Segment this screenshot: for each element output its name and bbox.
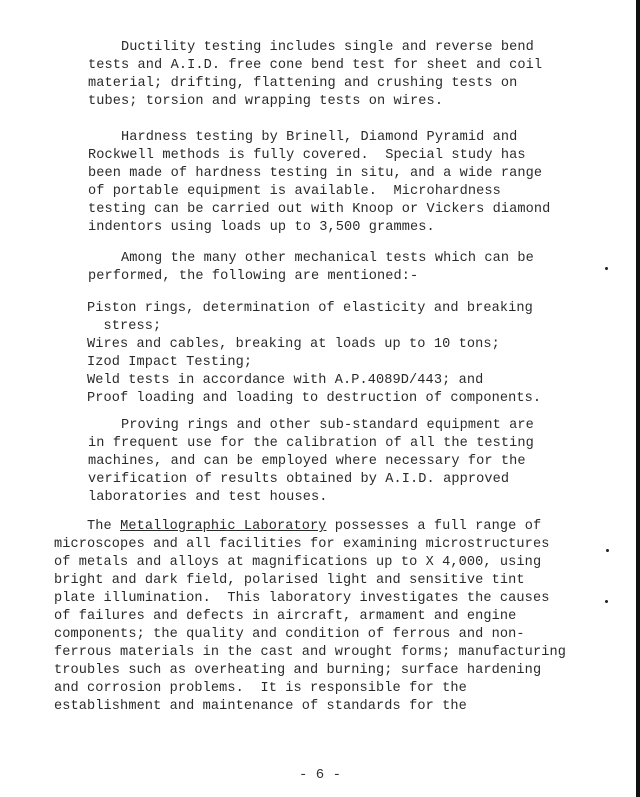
page-edge-shadow <box>636 0 640 797</box>
paragraph-line: performed, the following are mentioned:- <box>88 268 418 285</box>
paragraph-line: microscopes and all facilities for exami… <box>54 536 549 553</box>
list-item-line: Piston rings, determination of elasticit… <box>87 300 533 317</box>
paragraph-line: material; drifting, flattening and crush… <box>88 75 517 92</box>
paragraph-line: plate illumination. This laboratory inve… <box>54 590 549 607</box>
paragraph-line: laboratories and test houses. <box>88 489 327 506</box>
paragraph-line: indentors using loads up to 3,500 gramme… <box>88 219 435 236</box>
paragraph-line: components; the quality and condition of… <box>54 626 525 643</box>
margin-mark <box>605 600 608 603</box>
paragraph-line: Among the many other mechanical tests wh… <box>88 250 534 267</box>
paragraph-line: of metals and alloys at magnifications u… <box>54 554 541 571</box>
list-item-line: Wires and cables, breaking at loads up t… <box>87 336 500 353</box>
paragraph-line: and corrosion problems. It is responsibl… <box>54 680 467 697</box>
text-span: possesses a full range of <box>327 519 542 534</box>
margin-mark <box>605 267 608 270</box>
paragraph-line: of portable equipment is available. Micr… <box>88 183 501 200</box>
document-page: - 6 - Ductility testing includes single … <box>0 0 640 797</box>
paragraph-line: in frequent use for the calibration of a… <box>88 435 534 452</box>
paragraph-line: ferrous materials in the cast and wrough… <box>54 644 566 661</box>
paragraph-line: of failures and defects in aircraft, arm… <box>54 608 516 625</box>
page-number: - 6 - <box>0 767 640 783</box>
paragraph-line: tests and A.I.D. free cone bend test for… <box>88 57 542 74</box>
paragraph-line: establishment and maintenance of standar… <box>54 698 467 715</box>
list-item-line: Weld tests in accordance with A.P.4089D/… <box>87 372 483 389</box>
paragraph-line: been made of hardness testing in situ, a… <box>88 165 542 182</box>
paragraph-line: troubles such as overheating and burning… <box>54 662 541 679</box>
paragraph-line: verification of results obtained by A.I.… <box>88 471 509 488</box>
text-span: The <box>54 519 120 534</box>
paragraph-line: bright and dark field, polarised light a… <box>54 572 525 589</box>
paragraph-line: machines, and can be employed where nece… <box>88 453 526 470</box>
paragraph-line: Proving rings and other sub-standard equ… <box>88 417 534 434</box>
paragraph-line: Ductility testing includes single and re… <box>88 39 534 56</box>
section-heading: Metallographic Laboratory <box>120 519 326 534</box>
paragraph-line: The Metallographic Laboratory possesses … <box>54 518 541 535</box>
paragraph-line: testing can be carried out with Knoop or… <box>88 201 550 218</box>
paragraph-line: tubes; torsion and wrapping tests on wir… <box>88 93 443 110</box>
list-item-line: Proof loading and loading to destruction… <box>87 390 541 407</box>
margin-mark <box>606 549 609 552</box>
paragraph-line: Hardness testing by Brinell, Diamond Pyr… <box>88 129 517 146</box>
list-item-line: Izod Impact Testing; <box>87 354 252 371</box>
list-item-line: stress; <box>87 318 161 335</box>
paragraph-line: Rockwell methods is fully covered. Speci… <box>88 147 526 164</box>
